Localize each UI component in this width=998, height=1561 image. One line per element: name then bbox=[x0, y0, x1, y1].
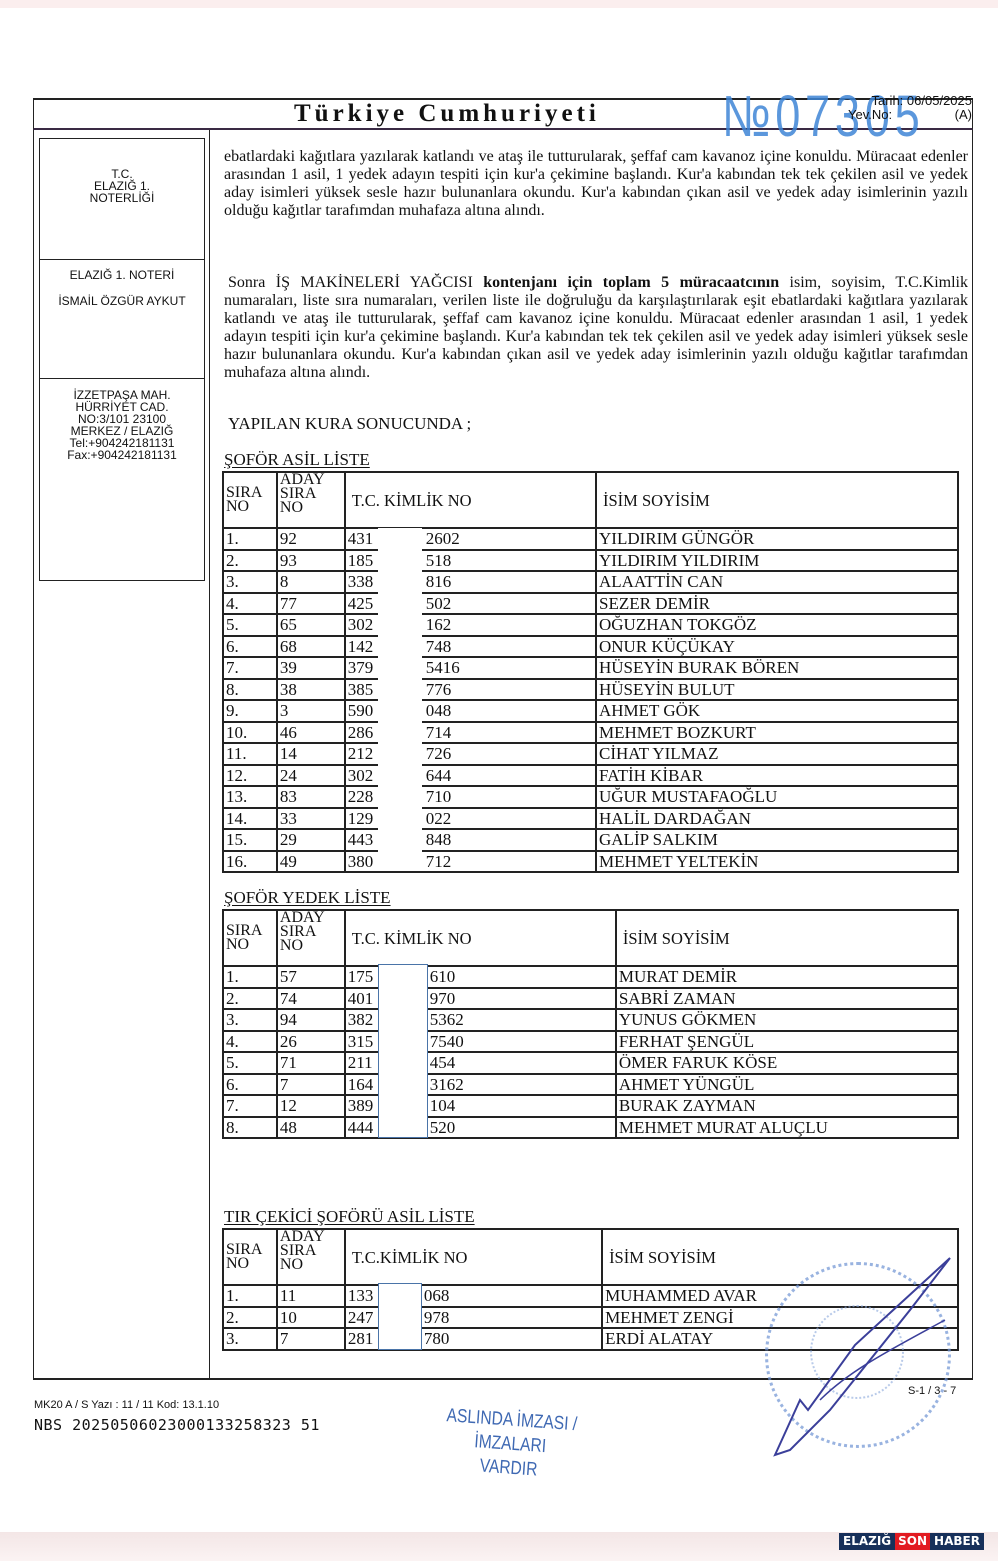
candidate-number: 7 bbox=[277, 1328, 345, 1350]
form-code: MK20 A / S Yazı : 11 / 11 Kod: 13.1.10 bbox=[34, 1399, 219, 1411]
row-number: 7. bbox=[223, 657, 277, 679]
tc-id-suffix: 726 bbox=[426, 745, 452, 762]
redaction-box bbox=[378, 1283, 422, 1350]
tc-id-suffix: 5416 bbox=[426, 659, 460, 676]
candidate-number: 26 bbox=[277, 1031, 345, 1053]
candidate-number: 74 bbox=[277, 988, 345, 1010]
tc-id-suffix: 780 bbox=[424, 1330, 450, 1347]
candidate-number: 11 bbox=[277, 1285, 345, 1307]
table-row: 4.77425502 SEZER DEMİR bbox=[223, 593, 958, 615]
row-number: 8. bbox=[223, 679, 277, 701]
column-header: ADAYSIRANO bbox=[277, 1229, 345, 1285]
notary-title: ELAZIĞ 1. NOTERİ bbox=[40, 268, 204, 282]
row-number: 3. bbox=[223, 1328, 277, 1350]
table-row: 3.943825362 YUNUS GÖKMEN bbox=[223, 1009, 958, 1031]
tc-id-prefix: 133 bbox=[348, 1287, 374, 1304]
tc-id-suffix: 454 bbox=[430, 1054, 456, 1071]
tc-id-prefix: 315 bbox=[348, 1033, 374, 1050]
yevmiye-row: Yev.No: (A) bbox=[848, 108, 972, 122]
full-name: HÜSEYİN BULUT bbox=[596, 679, 958, 701]
tc-id-suffix: 710 bbox=[426, 788, 452, 805]
column-divider bbox=[209, 130, 210, 1380]
watermark-part-2: SON bbox=[895, 1533, 930, 1550]
candidate-number: 77 bbox=[277, 593, 345, 615]
column-header: ADAYSIRANO bbox=[277, 472, 345, 528]
table-sofor-yedek: SIRANOADAYSIRANOT.C. KİMLİK NOİSİM SOYİS… bbox=[222, 909, 959, 1139]
signature bbox=[760, 1250, 960, 1460]
tc-id-suffix: 978 bbox=[424, 1309, 450, 1326]
tc-id-suffix: 714 bbox=[426, 724, 452, 741]
result-heading: YAPILAN KURA SONUCUNDA ; bbox=[228, 414, 471, 434]
candidate-number: 8 bbox=[277, 571, 345, 593]
tc-id-prefix: 379 bbox=[348, 659, 374, 676]
tc-id-prefix: 425 bbox=[348, 595, 374, 612]
candidate-number: 57 bbox=[277, 966, 345, 988]
tc-id-suffix: 7540 bbox=[430, 1033, 464, 1050]
candidate-number: 65 bbox=[277, 614, 345, 636]
table-row: 7.393795416 HÜSEYİN BURAK BÖREN bbox=[223, 657, 958, 679]
candidate-number: 12 bbox=[277, 1095, 345, 1117]
tc-id-prefix: 443 bbox=[348, 831, 374, 848]
tc-id-prefix: 302 bbox=[348, 616, 374, 633]
column-header: T.C. KİMLİK NO bbox=[345, 472, 596, 528]
candidate-number: 49 bbox=[277, 851, 345, 873]
paragraph-2-prefix: Sonra İŞ MAKİNELERİ YAĞCISI bbox=[228, 274, 483, 291]
tc-id-suffix: 3162 bbox=[430, 1076, 464, 1093]
full-name: MEHMET YELTEKİN bbox=[596, 851, 958, 873]
tc-id-prefix: 185 bbox=[348, 552, 374, 569]
notary-sidebar: T.C. ELAZIĞ 1. NOTERLİĞİ ELAZIĞ 1. NOTER… bbox=[39, 138, 205, 581]
tc-id-prefix: 401 bbox=[348, 990, 374, 1007]
table-row: 8.48444520 MEHMET MURAT ALUÇLU bbox=[223, 1117, 958, 1139]
column-header: SIRANO bbox=[223, 1229, 277, 1285]
watermark-part-1: ELAZIĞ bbox=[839, 1533, 895, 1550]
page-reference: S-1 / 3 - 7 bbox=[908, 1385, 956, 1397]
row-number: 1. bbox=[223, 1285, 277, 1307]
full-name: OĞUZHAN TOKGÖZ bbox=[596, 614, 958, 636]
original-signature-stamp: ASLINDA İMZASI / İMZALARI VARDIR bbox=[383, 1400, 637, 1489]
tc-id-prefix: 212 bbox=[348, 745, 374, 762]
yevmiye-value: (A) bbox=[955, 108, 972, 122]
tc-id-prefix: 431 bbox=[348, 530, 374, 547]
candidate-number: 92 bbox=[277, 528, 345, 550]
full-name: ÖMER FARUK KÖSE bbox=[616, 1052, 958, 1074]
section-title-tir-asil: TIR ÇEKİCİ ŞOFÖRÜ ASİL LİSTE bbox=[224, 1207, 475, 1227]
notary-office: T.C. ELAZIĞ 1. NOTERLİĞİ bbox=[40, 139, 204, 260]
table-row: 9.3590048 AHMET GÖK bbox=[223, 700, 958, 722]
tc-id-suffix: 104 bbox=[430, 1097, 456, 1114]
table-sofor-asil: SIRANOADAYSIRANOT.C. KİMLİK NOİSİM SOYİS… bbox=[222, 471, 959, 873]
document-title: Türkiye Cumhuriyeti bbox=[294, 100, 600, 128]
full-name: YILDIRIM YILDIRIM bbox=[596, 550, 958, 572]
full-name: SEZER DEMİR bbox=[596, 593, 958, 615]
full-name: UĞUR MUSTAFAOĞLU bbox=[596, 786, 958, 808]
row-number: 15. bbox=[223, 829, 277, 851]
tc-id-suffix: 2602 bbox=[426, 530, 460, 547]
fax: Fax:+904242181131 bbox=[40, 449, 204, 461]
full-name: AHMET YÜNGÜL bbox=[616, 1074, 958, 1096]
full-name: ALAATTİN CAN bbox=[596, 571, 958, 593]
redaction-box bbox=[378, 528, 422, 870]
table-row: 12.24302644 FATİH KİBAR bbox=[223, 765, 958, 787]
tc-id-suffix: 776 bbox=[426, 681, 452, 698]
tc-id-prefix: 142 bbox=[348, 638, 374, 655]
notary-name: İSMAİL ÖZGÜR AYKUT bbox=[40, 294, 204, 308]
tc-id-suffix: 502 bbox=[426, 595, 452, 612]
tc-id-prefix: 175 bbox=[348, 968, 374, 985]
row-number: 5. bbox=[223, 614, 277, 636]
table-row: 14.33129022 HALİL DARDAĞAN bbox=[223, 808, 958, 830]
full-name: YILDIRIM GÜNGÖR bbox=[596, 528, 958, 550]
table-row: 5.71211454 ÖMER FARUK KÖSE bbox=[223, 1052, 958, 1074]
paragraph-2: Sonra İŞ MAKİNELERİ YAĞCISI kontenjanı i… bbox=[224, 274, 968, 382]
table-row: 11.14212726 CİHAT YILMAZ bbox=[223, 743, 958, 765]
row-number: 7. bbox=[223, 1095, 277, 1117]
full-name: GALİP SALKIM bbox=[596, 829, 958, 851]
tc-id-suffix: 970 bbox=[430, 990, 456, 1007]
full-name: SABRİ ZAMAN bbox=[616, 988, 958, 1010]
candidate-number: 94 bbox=[277, 1009, 345, 1031]
table-row: 1.57175610 MURAT DEMİR bbox=[223, 966, 958, 988]
tc-id-suffix: 816 bbox=[426, 573, 452, 590]
candidate-number: 46 bbox=[277, 722, 345, 744]
row-number: 3. bbox=[223, 571, 277, 593]
tc-id-prefix: 211 bbox=[348, 1054, 373, 1071]
table-row: 5.65302162 OĞUZHAN TOKGÖZ bbox=[223, 614, 958, 636]
tc-id-prefix: 164 bbox=[348, 1076, 374, 1093]
row-number: 11. bbox=[223, 743, 277, 765]
news-watermark: ELAZIĞ SON HABER bbox=[839, 1533, 984, 1550]
full-name: FERHAT ŞENGÜL bbox=[616, 1031, 958, 1053]
tc-id-prefix: 444 bbox=[348, 1119, 374, 1136]
tc-id-prefix: 590 bbox=[348, 702, 374, 719]
full-name: MURAT DEMİR bbox=[616, 966, 958, 988]
row-number: 10. bbox=[223, 722, 277, 744]
notary-person: ELAZIĞ 1. NOTERİ İSMAİL ÖZGÜR AYKUT bbox=[40, 260, 204, 379]
candidate-number: 48 bbox=[277, 1117, 345, 1139]
full-name: HALİL DARDAĞAN bbox=[596, 808, 958, 830]
table-header-row: SIRANOADAYSIRANOT.C. KİMLİK NOİSİM SOYİS… bbox=[223, 472, 958, 528]
candidate-number: 83 bbox=[277, 786, 345, 808]
row-number: 14. bbox=[223, 808, 277, 830]
table-row: 7.12389104 BURAK ZAYMAN bbox=[223, 1095, 958, 1117]
tc-id-prefix: 389 bbox=[348, 1097, 374, 1114]
table-row: 13.83228710 UĞUR MUSTAFAOĞLU bbox=[223, 786, 958, 808]
row-number: 4. bbox=[223, 593, 277, 615]
table-row: 6.68142748 ONUR KÜÇÜKAY bbox=[223, 636, 958, 658]
table-row: 3.8338816 ALAATTİN CAN bbox=[223, 571, 958, 593]
row-number: 2. bbox=[223, 550, 277, 572]
date-row: Tarih: 06/05/2025 bbox=[848, 94, 972, 108]
tc-id-prefix: 247 bbox=[348, 1309, 374, 1326]
office-line: NOTERLİĞİ bbox=[40, 192, 204, 204]
full-name: BURAK ZAYMAN bbox=[616, 1095, 958, 1117]
paragraph-2-bold: kontenjanı için toplam 5 müracaatcının bbox=[483, 274, 779, 291]
tc-id-suffix: 068 bbox=[424, 1287, 450, 1304]
column-header: T.C. KİMLİK NO bbox=[345, 910, 616, 966]
column-header: ADAYSIRANO bbox=[277, 910, 345, 966]
tc-id-prefix: 385 bbox=[348, 681, 374, 698]
candidate-number: 7 bbox=[277, 1074, 345, 1096]
notary-address: İZZETPAŞA MAH. HÜRRİYET CAD. NO:3/101 23… bbox=[40, 379, 204, 580]
tc-id-suffix: 748 bbox=[426, 638, 452, 655]
full-name: ONUR KÜÇÜKAY bbox=[596, 636, 958, 658]
table-row: 1.924312602 YILDIRIM GÜNGÖR bbox=[223, 528, 958, 550]
full-name: MEHMET MURAT ALUÇLU bbox=[616, 1117, 958, 1139]
candidate-number: 33 bbox=[277, 808, 345, 830]
tc-id-suffix: 610 bbox=[430, 968, 456, 985]
redaction-box bbox=[378, 964, 428, 1138]
tc-id-suffix: 5362 bbox=[430, 1011, 464, 1028]
row-number: 9. bbox=[223, 700, 277, 722]
full-name: HÜSEYİN BURAK BÖREN bbox=[596, 657, 958, 679]
candidate-number: 29 bbox=[277, 829, 345, 851]
column-header: SIRANO bbox=[223, 472, 277, 528]
row-number: 16. bbox=[223, 851, 277, 873]
row-number: 2. bbox=[223, 1307, 277, 1329]
full-name: YUNUS GÖKMEN bbox=[616, 1009, 958, 1031]
tc-id-suffix: 518 bbox=[426, 552, 452, 569]
candidate-number: 68 bbox=[277, 636, 345, 658]
row-number: 13. bbox=[223, 786, 277, 808]
candidate-number: 14 bbox=[277, 743, 345, 765]
date-value: 06/05/2025 bbox=[907, 93, 972, 108]
full-name: FATİH KİBAR bbox=[596, 765, 958, 787]
full-name: AHMET GÖK bbox=[596, 700, 958, 722]
tc-id-prefix: 338 bbox=[348, 573, 374, 590]
row-number: 4. bbox=[223, 1031, 277, 1053]
row-number: 5. bbox=[223, 1052, 277, 1074]
table-row: 2.93185518 YILDIRIM YILDIRIM bbox=[223, 550, 958, 572]
row-number: 3. bbox=[223, 1009, 277, 1031]
tc-id-suffix: 022 bbox=[426, 810, 452, 827]
section-title-sofor-asil: ŞOFÖR ASİL LİSTE bbox=[224, 450, 370, 470]
table-header-row: SIRANOADAYSIRANOT.C. KİMLİK NOİSİM SOYİS… bbox=[223, 910, 958, 966]
table-row: 8.38385776 HÜSEYİN BULUT bbox=[223, 679, 958, 701]
row-number: 2. bbox=[223, 988, 277, 1010]
top-band bbox=[0, 0, 998, 8]
section-title-sofor-yedek: ŞOFÖR YEDEK LİSTE bbox=[224, 888, 391, 908]
paragraph-1: ebatlardaki kağıtlara yazılarak katlandı… bbox=[224, 148, 968, 220]
tc-id-suffix: 712 bbox=[426, 853, 452, 870]
table-row: 15.29443848 GALİP SALKIM bbox=[223, 829, 958, 851]
candidate-number: 71 bbox=[277, 1052, 345, 1074]
row-number: 1. bbox=[223, 966, 277, 988]
candidate-number: 93 bbox=[277, 550, 345, 572]
tc-id-suffix: 848 bbox=[426, 831, 452, 848]
table-row: 10.46286714 MEHMET BOZKURT bbox=[223, 722, 958, 744]
tc-id-prefix: 382 bbox=[348, 1011, 374, 1028]
tc-id-prefix: 302 bbox=[348, 767, 374, 784]
tc-id-suffix: 520 bbox=[430, 1119, 456, 1136]
column-header: İSİM SOYİSİM bbox=[616, 910, 958, 966]
row-number: 12. bbox=[223, 765, 277, 787]
tc-id-prefix: 286 bbox=[348, 724, 374, 741]
candidate-number: 10 bbox=[277, 1307, 345, 1329]
table-row: 16.49380712 MEHMET YELTEKİN bbox=[223, 851, 958, 873]
nbs-number: NBS 20250506023000133258323 51 bbox=[34, 1416, 320, 1434]
table-row: 4.263157540 FERHAT ŞENGÜL bbox=[223, 1031, 958, 1053]
yevmiye-label: Yev.No: bbox=[848, 108, 892, 122]
candidate-number: 38 bbox=[277, 679, 345, 701]
tc-id-suffix: 162 bbox=[426, 616, 452, 633]
full-name: CİHAT YILMAZ bbox=[596, 743, 958, 765]
row-number: 1. bbox=[223, 528, 277, 550]
row-number: 6. bbox=[223, 1074, 277, 1096]
watermark-part-3: HABER bbox=[930, 1533, 984, 1550]
date-block: Tarih: 06/05/2025 Yev.No: (A) bbox=[848, 94, 972, 122]
tc-id-prefix: 129 bbox=[348, 810, 374, 827]
candidate-number: 3 bbox=[277, 700, 345, 722]
row-number: 6. bbox=[223, 636, 277, 658]
column-header: SIRANO bbox=[223, 910, 277, 966]
tc-id-prefix: 281 bbox=[348, 1330, 374, 1347]
column-header: İSİM SOYİSİM bbox=[596, 472, 958, 528]
candidate-number: 39 bbox=[277, 657, 345, 679]
full-name: MEHMET BOZKURT bbox=[596, 722, 958, 744]
tc-id-suffix: 048 bbox=[426, 702, 452, 719]
column-header: T.C.KİMLİK NO bbox=[345, 1229, 602, 1285]
candidate-number: 24 bbox=[277, 765, 345, 787]
date-label: Tarih: bbox=[872, 93, 904, 108]
tc-id-prefix: 228 bbox=[348, 788, 374, 805]
tc-id-prefix: 380 bbox=[348, 853, 374, 870]
row-number: 8. bbox=[223, 1117, 277, 1139]
table-row: 6.71643162 AHMET YÜNGÜL bbox=[223, 1074, 958, 1096]
tc-id-suffix: 644 bbox=[426, 767, 452, 784]
table-row: 2.74401970 SABRİ ZAMAN bbox=[223, 988, 958, 1010]
